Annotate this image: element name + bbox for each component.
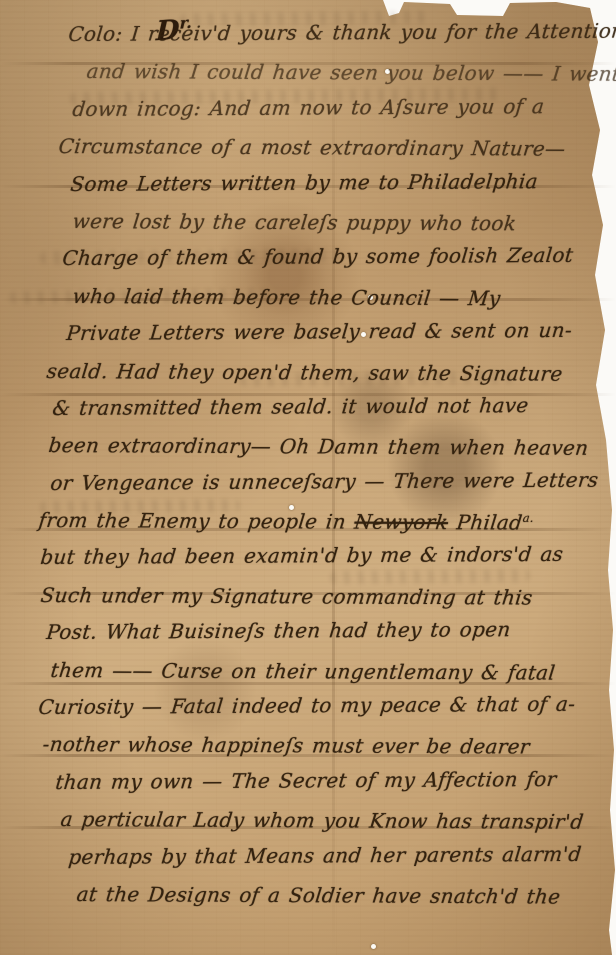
letter-line: or Vengeance is unneceſsary — There were… — [48, 467, 616, 508]
letter-line: Private Letters were basely read & sent … — [64, 318, 616, 359]
manuscript-scan: Dr. Colo: I receiv'd yours & thank you f… — [0, 0, 616, 955]
letter-body: Colo: I receiv'd yours & thank you for t… — [0, 22, 616, 919]
pinhole — [371, 944, 376, 949]
letter-line: perhaps by that Means and her parents al… — [66, 841, 616, 882]
letter-line: Some Letters written by me to Philadelph… — [68, 168, 616, 209]
letter-line: Curiosity — Fatal indeed to my peace & t… — [36, 691, 616, 732]
letter-line: at the Designs of a Soldier have snatch'… — [74, 882, 616, 922]
letter-line: Post. What Buisineſs then had they to op… — [44, 617, 616, 658]
letter-line: & transmitted them seald. it would not h… — [50, 392, 616, 433]
letter-line: but they had been examin'd by me & indor… — [38, 542, 616, 583]
letter-line: down incog: And am now to Aſsure you of … — [70, 93, 616, 134]
line-segment: Philad — [447, 510, 524, 534]
letter-line: than my own — The Secret of my Affection… — [53, 766, 616, 807]
letter-line: Charge of them & found by some foolish Z… — [60, 243, 616, 284]
letter-line: Colo: I receiv'd yours & thank you for t… — [66, 19, 616, 60]
superscript-abbreviation: a. — [522, 511, 535, 525]
struck-word: Newyork — [353, 510, 449, 534]
line-segment: from the Enemy to people in — [37, 508, 355, 534]
